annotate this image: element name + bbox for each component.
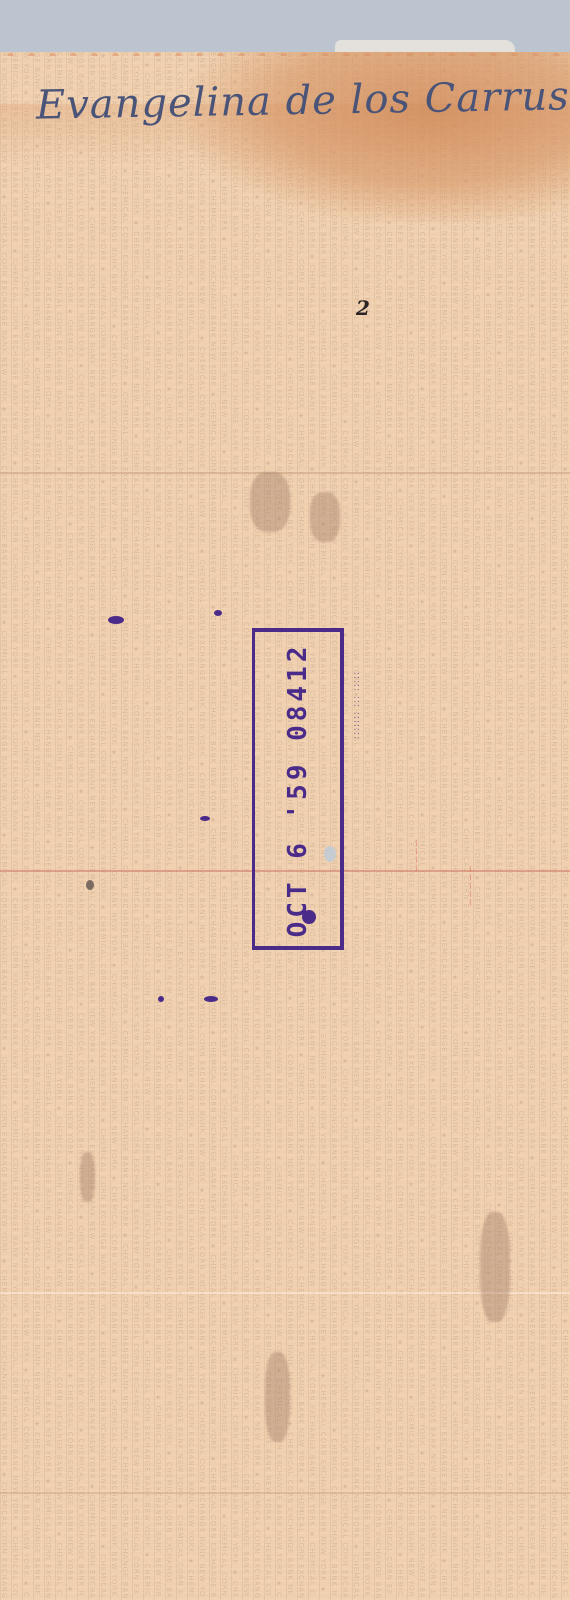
red-ink-mark: ∽∽∽∽ (411, 839, 422, 873)
ink-blot (158, 996, 164, 1002)
smudge (250, 472, 290, 532)
ink-blot (204, 996, 218, 1002)
stamp-side-text: ::::::: ::: ::::: (352, 671, 362, 739)
smudge (310, 492, 340, 542)
ink-blot (214, 610, 222, 616)
ink-blot (200, 816, 210, 821)
handwritten-endorsement: Evangelina de los Carrus (36, 73, 570, 128)
fold-line (0, 472, 570, 474)
date-stamp: OCT 6 '59 08412 (283, 643, 313, 938)
ink-blot (302, 910, 316, 924)
smudge (80, 1152, 95, 1202)
smudge (265, 1352, 290, 1442)
punch-hole (324, 846, 336, 862)
ink-blot (108, 616, 124, 624)
fold-line (0, 1492, 570, 1494)
pen-mark: 2 (356, 296, 370, 320)
smudge (480, 1212, 510, 1322)
red-ink-mark: ∽∽∽∽∽ (465, 865, 476, 907)
punch-hole (86, 880, 94, 890)
